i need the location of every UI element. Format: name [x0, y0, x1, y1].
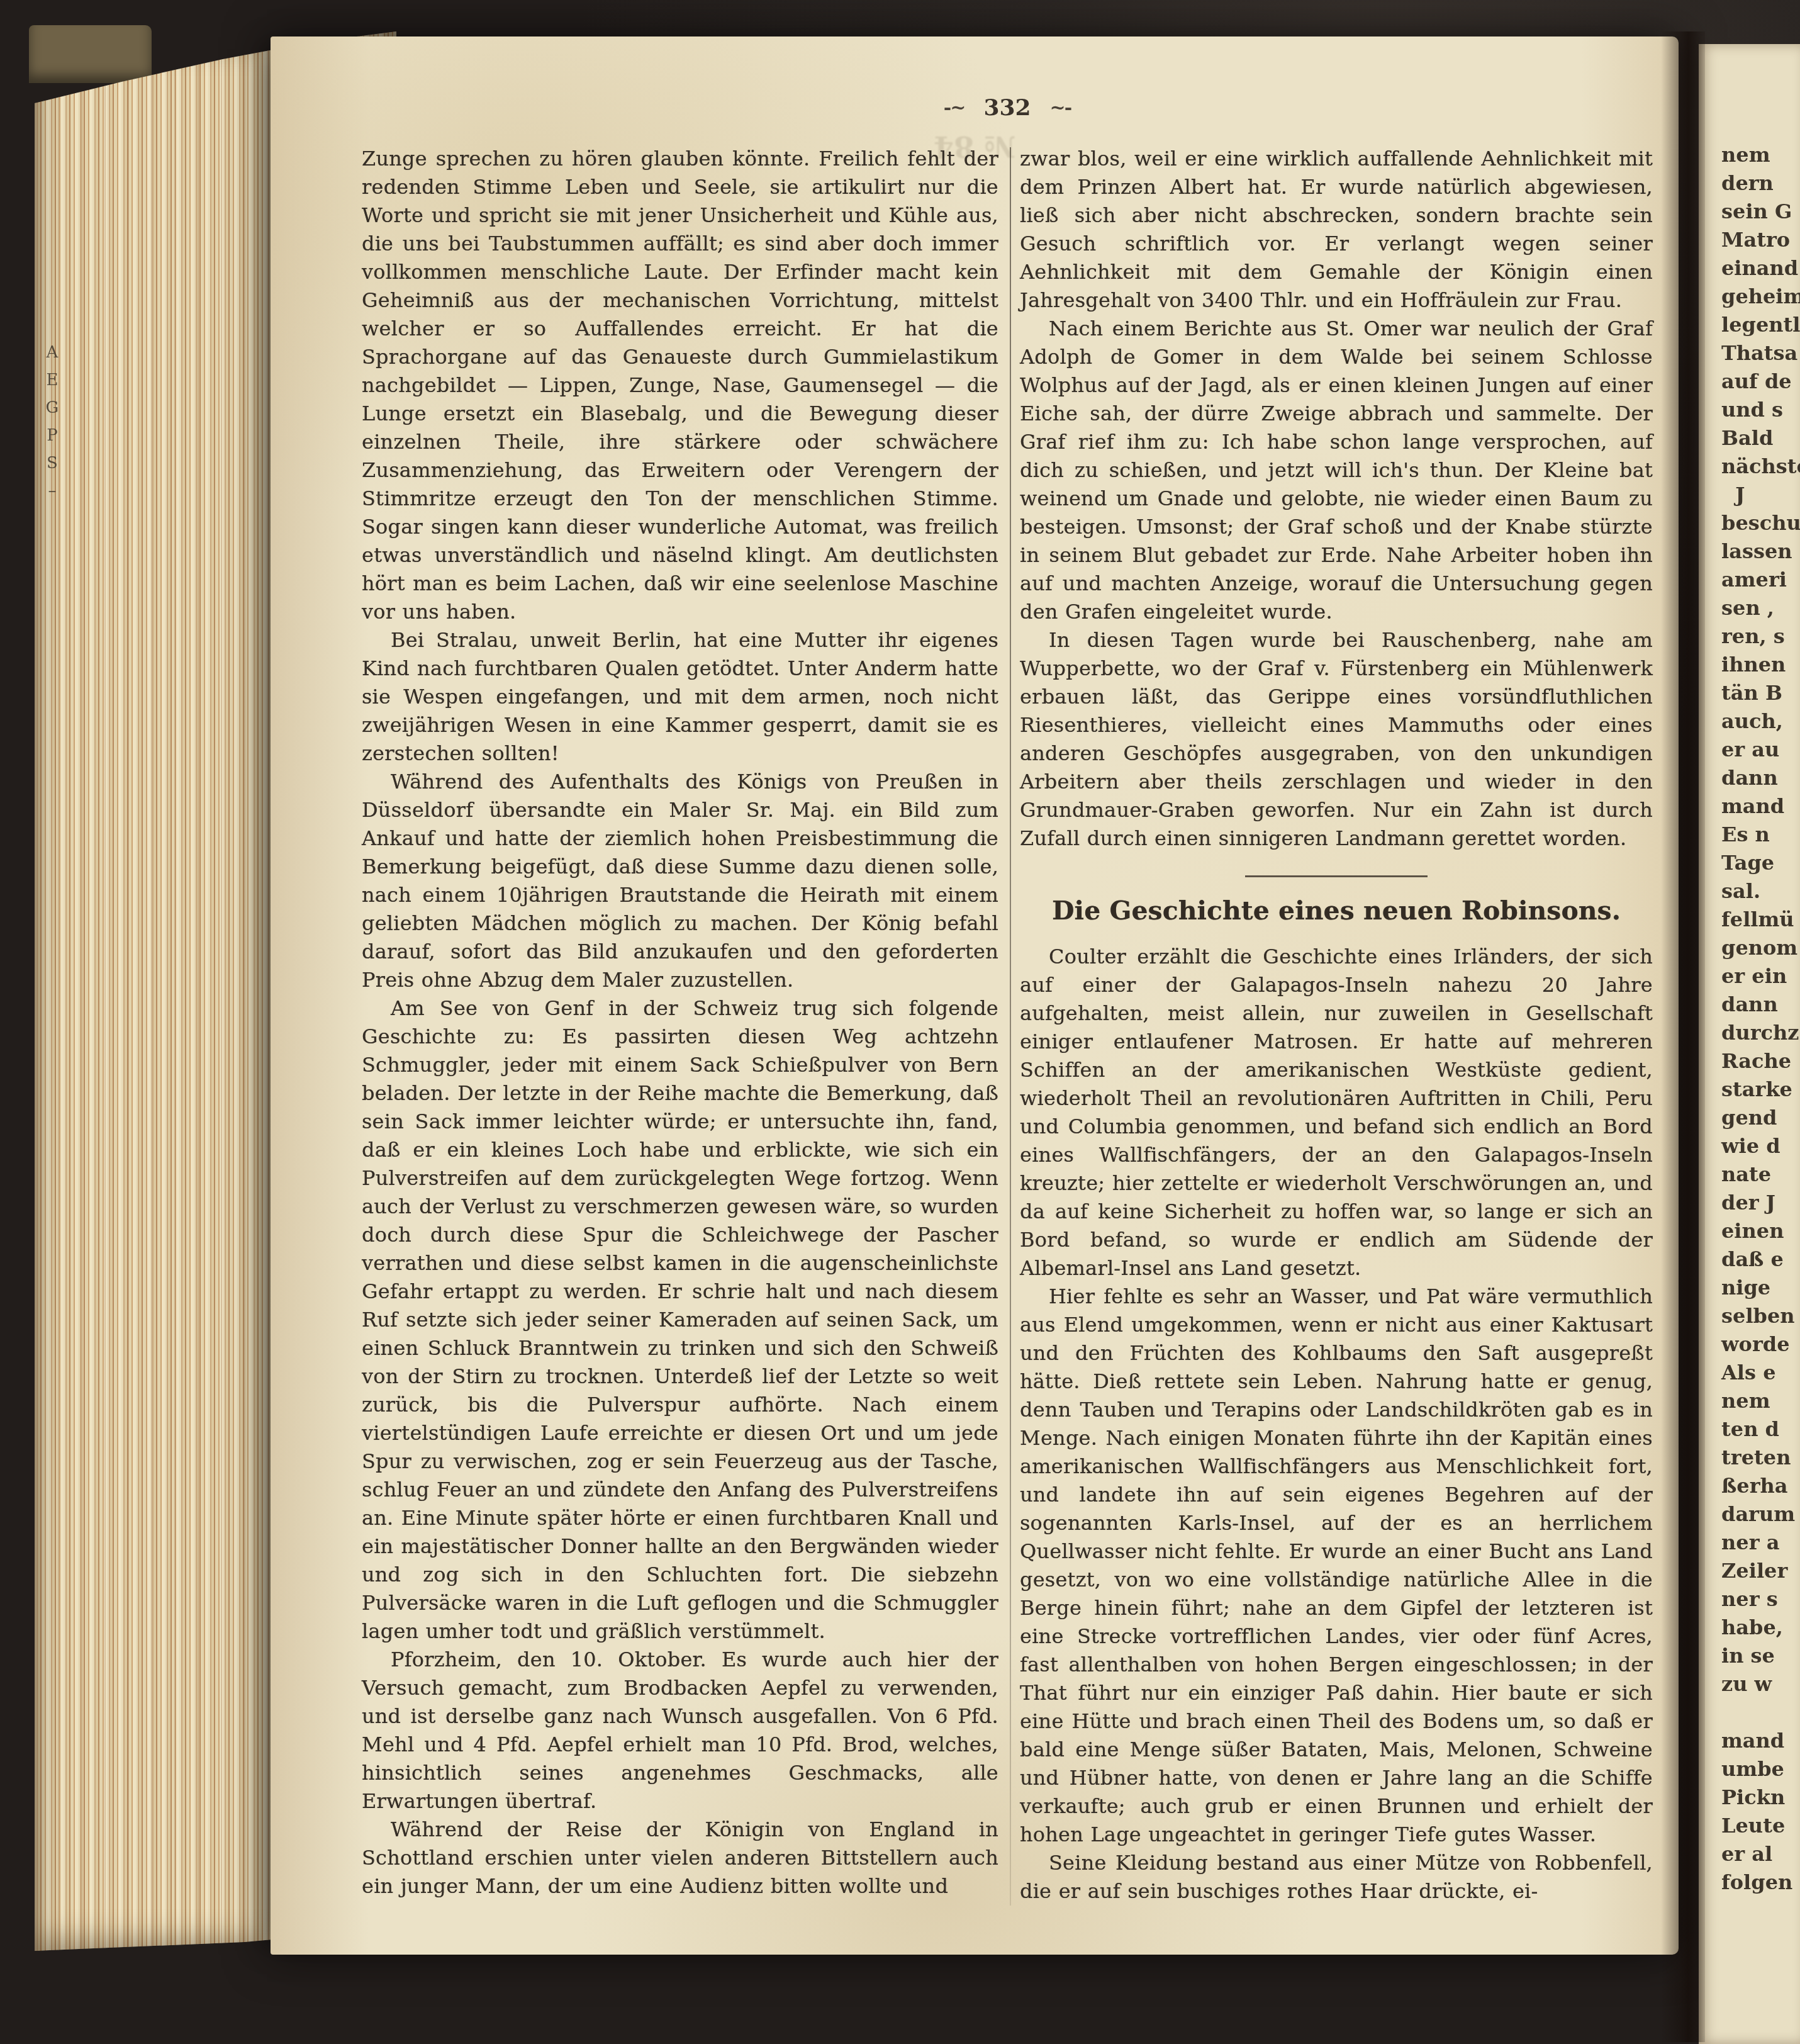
page-header: -~ 332 ~-: [362, 94, 1653, 121]
next-page-fragment-line: zu w: [1721, 1670, 1800, 1699]
next-page-fragment-line: Thatsa: [1721, 339, 1800, 368]
next-page-fragment-line: gend: [1721, 1104, 1800, 1132]
next-page-fragment-line: habe,: [1721, 1614, 1800, 1642]
paragraph: Am See von Genf in der Schweiz trug sich…: [362, 994, 998, 1646]
paragraph: Nach einem Berichte aus St. Omer war neu…: [1020, 315, 1653, 626]
next-page-fragment-line: dern: [1721, 169, 1800, 198]
section-divider: [1245, 875, 1428, 877]
fore-edge-mark: S: [47, 454, 58, 473]
next-page-fragment-line: lassen: [1721, 537, 1800, 566]
next-page-fragment-line: sein G: [1721, 198, 1800, 226]
next-page-fragment-line: geheim: [1721, 283, 1800, 311]
next-page-fragment-line: folgen: [1721, 1868, 1800, 1897]
next-page-fragment-line: ihnen: [1721, 651, 1800, 679]
right-column-bottom: Coulter erzählt die Geschichte eines Irl…: [1020, 943, 1653, 1906]
next-page-fragment-line: darum: [1721, 1500, 1800, 1529]
next-page-fragment-line: dann: [1721, 764, 1800, 792]
next-page-fragment-line: ren, s: [1721, 622, 1800, 651]
paragraph: Während der Reise der Königin von Englan…: [362, 1816, 998, 1901]
next-page-fragment-line: daß e: [1721, 1245, 1800, 1274]
next-page-fragment-line: Als e: [1721, 1359, 1800, 1387]
paragraph: Zunge sprechen zu hören glauben könnte. …: [362, 145, 998, 626]
paragraph: Coulter erzählt die Geschichte eines Irl…: [1020, 943, 1653, 1283]
paragraph: zwar blos, weil er eine wirklich auffall…: [1020, 145, 1653, 315]
next-page-fragment-line: er au: [1721, 736, 1800, 764]
next-page-fragment-line: durchz: [1721, 1019, 1800, 1047]
next-page-fragment-line: legentl: [1721, 311, 1800, 339]
next-page-fragment-line: nige: [1721, 1274, 1800, 1302]
next-page-fragment-line: Es n: [1721, 821, 1800, 849]
next-page-fragment-line: mand: [1721, 1727, 1800, 1755]
book-headband: [29, 25, 152, 83]
next-page-fragment-line: und s: [1721, 396, 1800, 424]
next-page-fragment-line: umbe: [1721, 1755, 1800, 1783]
next-page-fragment-line: einen: [1721, 1217, 1800, 1245]
fore-edge-mark: –: [48, 481, 57, 500]
next-page-fragment-line: auf de: [1721, 368, 1800, 396]
next-page-fragment-line: nächste: [1721, 452, 1800, 481]
gutter-shadow: [1661, 31, 1705, 2042]
next-page-fragment-line: ner s: [1721, 1585, 1800, 1614]
next-page-fragment-line: selben: [1721, 1302, 1800, 1330]
right-column: zwar blos, weil er eine wirklich auffall…: [1020, 145, 1653, 1906]
next-page-fragment-line: tän B: [1721, 679, 1800, 707]
fore-edge-marks: AEGPS–: [38, 343, 67, 500]
next-page-strip: nemdernsein GMatroeinandgeheimlegentlTha…: [1699, 44, 1800, 2044]
fore-edge-mark: P: [47, 426, 58, 445]
next-page-text-column: nemdernsein GMatroeinandgeheimlegentlTha…: [1721, 141, 1800, 1897]
page-ornament-left: -~: [944, 97, 965, 119]
next-page-fragment-line: Tage: [1721, 849, 1800, 877]
next-page-fragment-line: er al: [1721, 1840, 1800, 1868]
next-page-fragment-line: Pickn: [1721, 1783, 1800, 1812]
paragraph: Hier fehlte es sehr an Wasser, und Pat w…: [1020, 1283, 1653, 1849]
next-page-fragment-line: worde: [1721, 1330, 1800, 1359]
left-column: Zunge sprechen zu hören glauben könnte. …: [362, 145, 998, 1906]
next-page-fragment-line: treten: [1721, 1444, 1800, 1472]
next-page-fragment-line: J: [1721, 481, 1800, 509]
next-page-fragment-line: ten d: [1721, 1415, 1800, 1444]
next-page-fragment-line: beschu: [1721, 509, 1800, 537]
paragraph: Pforzheim, den 10. Oktober. Es wurde auc…: [362, 1646, 998, 1816]
fore-edge-mark: A: [47, 343, 59, 362]
next-page-fragment-line: mand: [1721, 792, 1800, 821]
fore-edge-mark: G: [46, 398, 59, 417]
next-page-fragment-line: auch,: [1721, 707, 1800, 736]
book-page: -~ 332 ~- № 84 Zunge sprechen zu hören g…: [271, 36, 1679, 1955]
next-page-fragment-line: er ein: [1721, 962, 1800, 991]
next-page-fragment-line: [1721, 1699, 1800, 1727]
next-page-fragment-line: nate: [1721, 1160, 1800, 1189]
paragraph: Bei Stralau, unweit Berlin, hat eine Mut…: [362, 626, 998, 768]
paragraph: In diesen Tagen wurde bei Rauschenberg, …: [1020, 626, 1653, 853]
page-content: Zunge sprechen zu hören glauben könnte. …: [362, 145, 1653, 1906]
next-page-fragment-line: der J: [1721, 1189, 1800, 1217]
book-scan: { "header": { "page_number": "332", "orn…: [0, 0, 1800, 2044]
next-page-fragment-line: Bald: [1721, 424, 1800, 452]
next-page-fragment-line: in se: [1721, 1642, 1800, 1670]
next-page-fragment-line: ner a: [1721, 1529, 1800, 1557]
next-page-fragment-line: Zeiler: [1721, 1557, 1800, 1585]
next-page-fragment-line: einand: [1721, 254, 1800, 283]
next-page-fragment-line: nem: [1721, 141, 1800, 169]
next-page-fragment-line: Rache: [1721, 1047, 1800, 1075]
paragraph: Während des Aufenthalts des Königs von P…: [362, 768, 998, 994]
fore-edge-mark: E: [47, 371, 59, 390]
page-number: 332: [983, 94, 1031, 121]
next-page-fragment-line: nem: [1721, 1387, 1800, 1415]
next-page-fragment-line: dann: [1721, 991, 1800, 1019]
next-page-fragment-line: genom: [1721, 934, 1800, 962]
paragraph: Seine Kleidung bestand aus einer Mütze v…: [1020, 1849, 1653, 1906]
next-page-fragment-line: ameri: [1721, 566, 1800, 594]
right-column-top: zwar blos, weil er eine wirklich auffall…: [1020, 145, 1653, 853]
next-page-fragment-line: Matro: [1721, 226, 1800, 254]
next-page-fragment-line: fellmü: [1721, 906, 1800, 934]
story-heading: Die Geschichte eines neuen Robinsons.: [1020, 895, 1653, 926]
column-divider: [1010, 147, 1011, 1906]
next-page-fragment-line: sal.: [1721, 877, 1800, 906]
next-page-fragment-line: wie d: [1721, 1132, 1800, 1160]
next-page-fragment-line: starke: [1721, 1075, 1800, 1104]
next-page-fragment-line: ßerha: [1721, 1472, 1800, 1500]
next-page-fragment-line: sen ,: [1721, 594, 1800, 622]
page-ornament-right: ~-: [1050, 97, 1071, 119]
next-page-fragment-line: Leute: [1721, 1812, 1800, 1840]
